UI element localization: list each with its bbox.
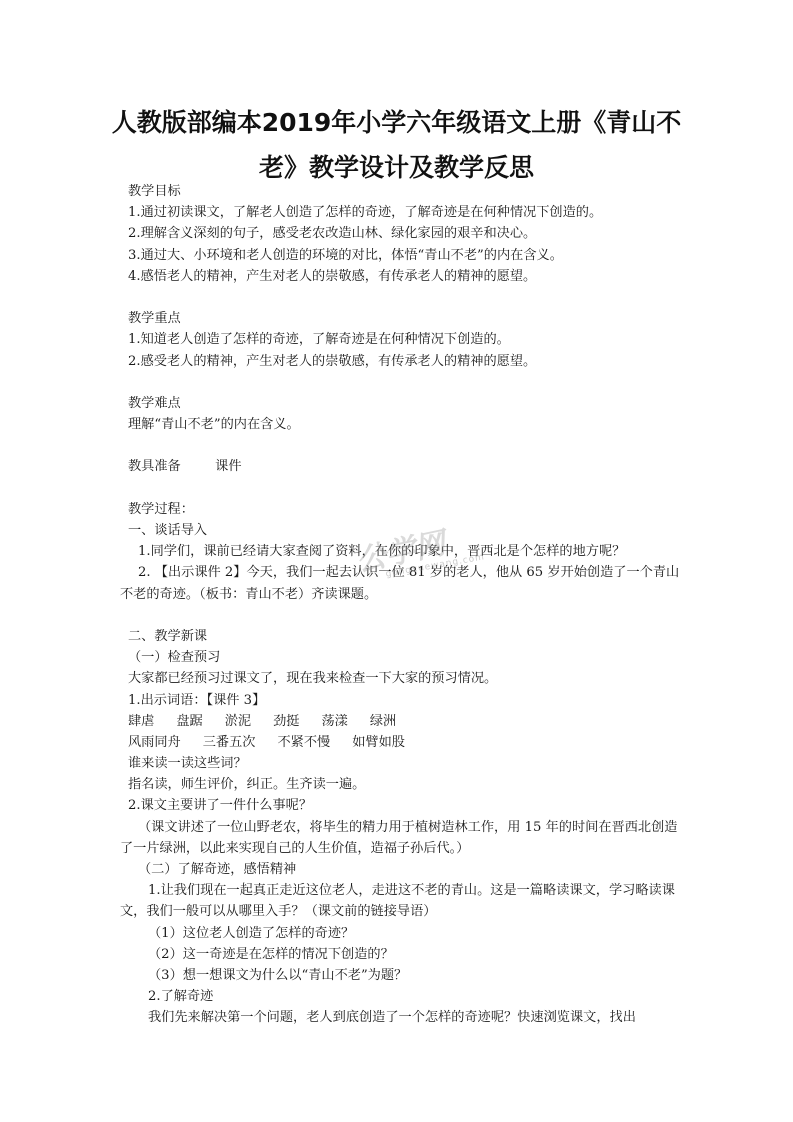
- paragraph: 1.出示词语：【课件 3】: [120, 690, 680, 711]
- document-title: 人教版部编本2019年小学六年级语文上册《青山不 老》教学设计及教学反思: [100, 100, 693, 190]
- sub-heading: （一）检查预习: [120, 647, 680, 668]
- paragraph: 指名读，师生评价，纠正。生齐读一遍。: [120, 774, 680, 795]
- question-item: （3）想一想课文为什么以“青山不老”为题？: [120, 965, 680, 986]
- key-point-item: 2.感受老人的精神，产生对老人的崇敬感，有传承老人的精神的愿望。: [120, 351, 680, 372]
- key-point-item: 1.知道老人创造了怎样的奇迹，了解奇迹是在何种情况下创造的。: [120, 329, 680, 350]
- difficulty-text: 理解“青山不老”的内在含义。: [120, 414, 680, 435]
- spacer: [120, 478, 680, 499]
- materials-label: 教具准备: [128, 459, 181, 474]
- vocab-word: 盘踞: [176, 711, 202, 732]
- vocab-word: 三番五次: [203, 732, 256, 753]
- vocab-word: 风雨同舟: [128, 732, 181, 753]
- word-list-row: 风雨同舟三番五次不紧不慢如臂如股: [120, 732, 680, 753]
- part-heading: 二、教学新课: [120, 626, 680, 647]
- vocab-word: 荡漾: [322, 711, 348, 732]
- paragraph: 2.了解奇迹: [120, 986, 680, 1007]
- paragraph: 大家都已经预习过课文了，现在我来检查一下大家的预习情况。: [120, 668, 680, 689]
- paragraph: （课文讲述了一位山野老农，将毕生的精力用于植树造林工作，用 15 年的时间在晋西…: [120, 817, 680, 859]
- paragraph: 2.课文主要讲了一件什么事呢？: [120, 795, 680, 816]
- spacer: [120, 605, 680, 626]
- document-body: 教学目标 1.通过初读课文，了解老人创造了怎样的奇迹，了解奇迹是在何种情况下创造…: [120, 181, 680, 1029]
- part-heading: 一、谈话导入: [120, 520, 680, 541]
- process-section: 教学过程： 一、谈话导入 1.同学们，课前已经请大家查阅了资料，在你的印象中，晋…: [120, 499, 680, 1029]
- vocab-word: 绿洲: [370, 711, 396, 732]
- section-heading: 教学过程：: [120, 499, 680, 520]
- sub-heading: （二）了解奇迹，感悟精神: [120, 859, 680, 880]
- difficulties-section: 教学难点 理解“青山不老”的内在含义。: [120, 393, 680, 435]
- section-heading: 教学难点: [120, 393, 680, 414]
- materials-value: 课件: [215, 459, 241, 474]
- objective-item: 2.理解含义深刻的句子，感受老农改造山林、绿化家园的艰辛和决心。: [120, 223, 680, 244]
- paragraph: 我们先来解决第一个问题，老人到底创造了一个怎样的奇迹呢？快速浏览课文，找出: [120, 1007, 680, 1028]
- paragraph: 1.让我们现在一起真正走近这位老人，走进这不老的青山。这是一篇略读课文，学习略读…: [120, 880, 680, 922]
- paragraph: 1.同学们，课前已经请大家查阅了资料，在你的印象中，晋西北是个怎样的地方呢？: [120, 541, 680, 562]
- spacer: [120, 372, 680, 393]
- paragraph: 谁来读一读这些词？: [120, 753, 680, 774]
- objective-item: 4.感悟老人的精神，产生对老人的崇敬感，有传承老人的精神的愿望。: [120, 266, 680, 287]
- title-line-1: 人教版部编本2019年小学六年级语文上册《青山不: [100, 100, 693, 145]
- objective-item: 3.通过大、小环境和老人创造的环境的对比，体悟“青山不老”的内在含义。: [120, 245, 680, 266]
- objectives-section: 教学目标 1.通过初读课文，了解老人创造了怎样的奇迹，了解奇迹是在何种情况下创造…: [120, 181, 680, 287]
- key-points-section: 教学重点 1.知道老人创造了怎样的奇迹，了解奇迹是在何种情况下创造的。 2.感受…: [120, 308, 680, 372]
- question-item: （2）这一奇迹是在怎样的情况下创造的？: [120, 944, 680, 965]
- vocab-word: 肆虐: [128, 711, 154, 732]
- materials-section: 教具准备 课件: [120, 456, 680, 477]
- objective-item: 1.通过初读课文，了解老人创造了怎样的奇迹，了解奇迹是在何种情况下创造的。: [120, 202, 680, 223]
- vocab-word: 淤泥: [225, 711, 251, 732]
- vocab-word: 不紧不慢: [278, 732, 331, 753]
- spacer: [120, 435, 680, 456]
- section-heading: 教学重点: [120, 308, 680, 329]
- section-heading: 教学目标: [120, 181, 680, 202]
- word-list-row: 肆虐盘踞淤泥劲挺荡漾绿洲: [120, 711, 680, 732]
- vocab-word: 劲挺: [273, 711, 299, 732]
- spacer: [120, 287, 680, 308]
- vocab-word: 如臂如股: [352, 732, 405, 753]
- paragraph: 2. 【出示课件 2】今天，我们一起去认识一位 81 岁的老人，他从 65 岁开…: [120, 562, 680, 604]
- question-item: （1）这位老人创造了怎样的奇迹？: [120, 923, 680, 944]
